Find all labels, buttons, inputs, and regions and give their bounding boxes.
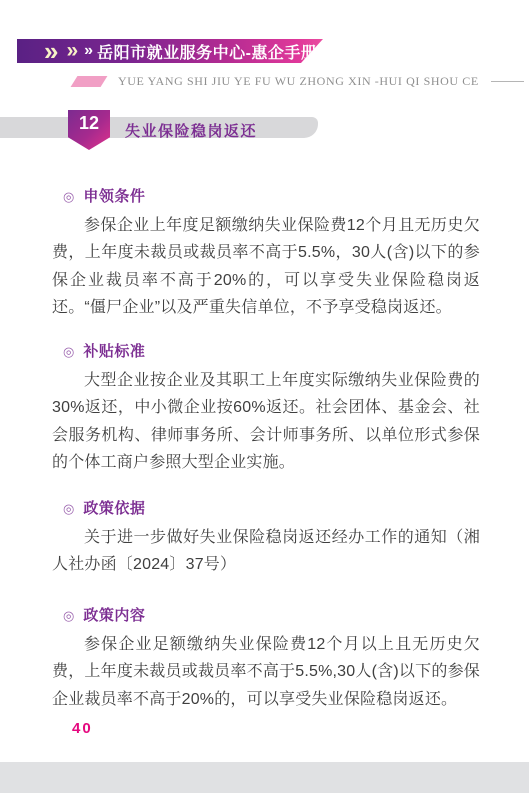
section-number-badge: 12	[68, 110, 110, 150]
block-heading: ◎ 补贴标准	[52, 343, 480, 361]
chevron-right-icon: »	[44, 40, 58, 62]
handbook-page: » » » 岳阳市就业服务中心-惠企手册 YUE YANG SHI JIU YE…	[0, 0, 529, 793]
block-body-text: 参保企业足额缴纳失业保险费12个月以上且无历史欠费，上年度未裁员或裁员率不高于5…	[52, 631, 480, 713]
chevron-right-icon: »	[66, 40, 78, 62]
block-heading: ◎ 政策依据	[52, 500, 480, 518]
block-policy-content: ◎ 政策内容 参保企业足额缴纳失业保险费12个月以上且无历史欠费，上年度未裁员或…	[52, 607, 480, 713]
header-banner: » » » 岳阳市就业服务中心-惠企手册	[17, 39, 323, 63]
block-heading-label: 申领条件	[83, 188, 145, 206]
banner-title: 岳阳市就业服务中心-惠企手册	[97, 40, 317, 63]
block-heading-label: 政策内容	[83, 607, 145, 625]
footer-bar	[0, 762, 529, 793]
block-body-text: 参保企业上年度足额缴纳失业保险费12个月且无历史欠费，上年度未裁员或裁员率不高于…	[52, 212, 480, 322]
chevron-right-icon: »	[84, 40, 93, 62]
block-heading: ◎ 政策内容	[52, 607, 480, 625]
target-circle-icon: ◎	[63, 343, 74, 361]
target-circle-icon: ◎	[63, 500, 74, 518]
section-title: 失业保险稳岗返还	[125, 120, 257, 141]
target-circle-icon: ◎	[63, 188, 74, 206]
block-heading: ◎ 申领条件	[52, 188, 480, 206]
block-body-text: 大型企业按企业及其职工上年度实际缴纳失业保险费的30%返还，中小微企业按60%返…	[52, 367, 480, 477]
block-heading-label: 补贴标准	[83, 343, 145, 361]
block-subsidy-standard: ◎ 补贴标准 大型企业按企业及其职工上年度实际缴纳失业保险费的30%返还，中小微…	[52, 343, 480, 477]
target-circle-icon: ◎	[63, 607, 74, 625]
section-number: 12	[79, 110, 99, 150]
block-body-text: 关于进一步做好失业保险稳岗返还经办工作的通知（湘人社办函〔2024〕37号）	[52, 524, 480, 579]
divider-line	[491, 81, 524, 82]
block-application-conditions: ◎ 申领条件 参保企业上年度足额缴纳失业保险费12个月且无历史欠费，上年度未裁员…	[52, 188, 480, 322]
block-heading-label: 政策依据	[83, 500, 145, 518]
pink-parallelogram-icon	[71, 76, 108, 87]
pinyin-subtitle: YUE YANG SHI JIU YE FU WU ZHONG XIN -HUI…	[118, 74, 479, 89]
page-number: 40	[72, 720, 93, 737]
pinyin-row: YUE YANG SHI JIU YE FU WU ZHONG XIN -HUI…	[74, 74, 524, 88]
block-policy-basis: ◎ 政策依据 关于进一步做好失业保险稳岗返还经办工作的通知（湘人社办函〔2024…	[52, 500, 480, 579]
